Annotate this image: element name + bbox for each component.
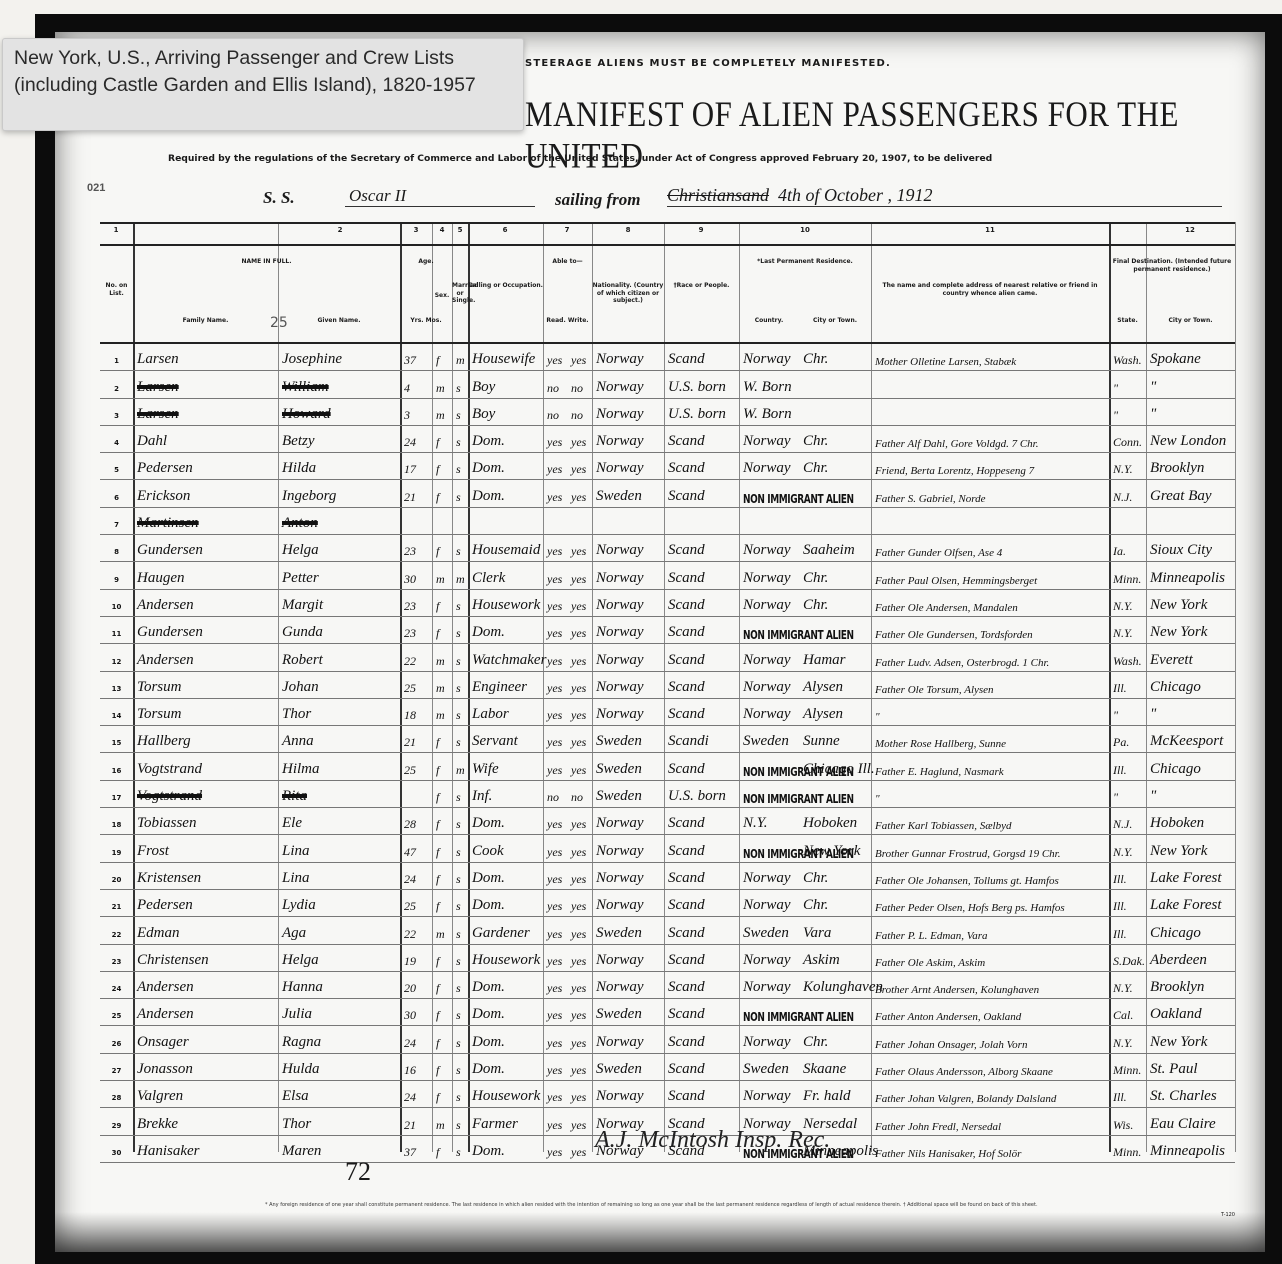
cell-text: Scand [668, 624, 705, 641]
cell-text: " [1150, 788, 1156, 805]
cell-city: Fr. hald [803, 1081, 871, 1108]
cell-ms [456, 508, 468, 535]
cell-state: Ill. [1113, 672, 1146, 699]
cell-nationality: Norway [596, 699, 664, 726]
cell-text: Norway [596, 379, 644, 396]
cell-given: Hanna [282, 972, 400, 999]
cell-text: yes [571, 1036, 586, 1051]
column-number: 11 [984, 226, 996, 234]
column-header-race: †Race or People. [664, 282, 739, 290]
cell-ms: s [456, 535, 468, 562]
cell-text: Ill. [1113, 927, 1127, 942]
cell-no: 14 [100, 699, 133, 726]
cell-text: Hallberg [137, 733, 191, 750]
manifest-table: 123456789101112No. on List.NAME IN FULL.… [100, 222, 1235, 1152]
cell-state: " [1113, 781, 1146, 808]
cell-family: Andersen [137, 590, 278, 617]
cell-family: Christensen [137, 945, 278, 972]
cell-read: yes [547, 808, 567, 835]
passenger-row: 5PedersenHilda17fsDom.yesyesNorwayScandN… [100, 453, 1235, 480]
cell-text: Robert [282, 652, 323, 669]
cell-state: Wis. [1113, 1108, 1146, 1135]
cell-text: Anton [282, 515, 318, 532]
cell-family: Gundersen [137, 617, 278, 644]
cell-write: yes [571, 699, 592, 726]
cell-relative: Father E. Haglund, Nasmark [875, 754, 1109, 781]
cell-city: Sunne [803, 726, 871, 753]
cell-text: yes [547, 353, 562, 368]
cell-text: New York [1150, 843, 1207, 860]
cell-text: f [436, 1008, 439, 1023]
cell-text: yes [571, 572, 586, 587]
cell-no: 25 [100, 999, 133, 1026]
cell-text: 37 [404, 1145, 416, 1160]
cell-calling: Boy [472, 399, 543, 426]
cell-family: Gundersen [137, 535, 278, 562]
cell-text: f [436, 872, 439, 887]
cell-text: W. Born [743, 379, 792, 396]
sailing-details: Christiansand 4th of October , 1912 [667, 185, 1222, 207]
cell-city: Chr. [803, 562, 871, 589]
cell-sex: f [436, 726, 452, 753]
cell-country: Norway [743, 1081, 799, 1108]
cell-text: Chr. [803, 433, 828, 450]
cell-nationality: Norway [596, 945, 664, 972]
cell-no: 4 [100, 426, 133, 453]
cell-text: Scand [668, 870, 705, 887]
passenger-row: 14TorsumThor18msLaboryesyesNorwayScandNo… [100, 699, 1235, 726]
cell-text: Chicago [1150, 679, 1201, 696]
cell-text: Farmer [472, 1116, 518, 1133]
cell-text: m [436, 381, 445, 396]
cell-ms: s [456, 371, 468, 398]
cell-text: 25 [404, 899, 416, 914]
cell-text: St. Charles [1150, 1088, 1217, 1105]
cell-city: Chicago Ill. [803, 754, 871, 781]
cell-sex: f [436, 426, 452, 453]
column-header-country: Country. [739, 317, 799, 325]
cell-text: Ill. [1113, 1090, 1127, 1105]
cell-calling: Housework [472, 590, 543, 617]
cell-text: Norway [596, 652, 644, 669]
cell-calling: Housewife [472, 344, 543, 371]
cell-ms: s [456, 1108, 468, 1135]
cell-country: Norway [743, 863, 799, 890]
cell-ms: s [456, 617, 468, 644]
cell-text: Scand [668, 1088, 705, 1105]
cell-country: Norway [743, 945, 799, 972]
cell-text: s [456, 654, 461, 669]
cell-city: Kolunghaven [803, 972, 871, 999]
cell-city: Hoboken [803, 808, 871, 835]
cell-text: Scand [668, 952, 705, 969]
cell-text: 19 [112, 849, 122, 857]
cell-text: f [436, 1063, 439, 1078]
cell-dest-city: Minneapolis [1150, 562, 1235, 589]
cell-no: 7 [100, 508, 133, 535]
cell-text: Dom. [472, 870, 505, 887]
cell-text: yes [571, 845, 586, 860]
cell-text: 16 [112, 767, 122, 775]
cell-text: Lydia [282, 897, 316, 914]
cell-relative: Father Karl Tobiassen, Sælbyd [875, 808, 1109, 835]
cell-text: Frost [137, 843, 169, 860]
cell-text: Scand [668, 1006, 705, 1023]
cell-text: Norway [596, 624, 644, 641]
cell-calling: Dom. [472, 890, 543, 917]
cell-no: 2 [100, 371, 133, 398]
cell-dest-city: New York [1150, 1027, 1235, 1054]
cell-text: yes [547, 872, 562, 887]
cell-state [1113, 508, 1146, 535]
cell-text: Vara [803, 925, 831, 942]
cell-sex: f [436, 617, 452, 644]
cell-read: yes [547, 562, 567, 589]
cell-state: Ill. [1113, 917, 1146, 944]
cell-write: yes [571, 562, 592, 589]
cell-sex: m [436, 371, 452, 398]
cell-text: 6 [114, 494, 119, 502]
cell-text: yes [571, 681, 586, 696]
cell-city: Chr. [803, 590, 871, 617]
cell-ms: s [456, 945, 468, 972]
cell-text: 22 [404, 927, 416, 942]
passenger-row: 12AndersenRobert22msWatchmakeryesyesNorw… [100, 644, 1235, 671]
cell-nationality: Norway [596, 399, 664, 426]
column-header-calling: Calling or Occupation. [468, 282, 543, 290]
cell-sex: f [436, 863, 452, 890]
cell-text: no [547, 790, 559, 805]
cell-age: 30 [404, 562, 432, 589]
cell-no: 8 [100, 535, 133, 562]
cell-text: f [436, 544, 439, 559]
cell-text: yes [547, 490, 562, 505]
cell-given: Elsa [282, 1081, 400, 1108]
sailing-label: sailing from [555, 190, 641, 210]
cell-text: Erickson [137, 488, 190, 505]
cell-text: Minn. [1113, 572, 1141, 587]
ship-label: S. S. [263, 188, 295, 208]
cell-text: Minneapolis [1150, 570, 1225, 587]
cell-state: Wash. [1113, 644, 1146, 671]
cell-age: 22 [404, 644, 432, 671]
cell-read: yes [547, 1054, 567, 1081]
cell-text: Servant [472, 733, 518, 750]
cell-family: Pedersen [137, 453, 278, 480]
cell-text: Scand [668, 652, 705, 669]
cell-state: N.Y. [1113, 453, 1146, 480]
cell-text: Sweden [743, 733, 789, 750]
cell-text: yes [571, 1063, 586, 1078]
cell-text: Gunda [282, 624, 323, 641]
cell-text: 26 [112, 1040, 122, 1048]
cell-text: Dahl [137, 433, 167, 450]
cell-read: yes [547, 1027, 567, 1054]
cell-text: yes [547, 544, 562, 559]
cell-race: Scand [668, 535, 739, 562]
cell-city: Askim [803, 945, 871, 972]
cell-dest-city: Great Bay [1150, 481, 1235, 508]
cell-given: Lydia [282, 890, 400, 917]
cell-sex: m [436, 699, 452, 726]
cell-text: f [436, 462, 439, 477]
cell-text: yes [571, 708, 586, 723]
cell-nationality: Sweden [596, 481, 664, 508]
cell-text: yes [547, 1090, 562, 1105]
cell-text: Norway [743, 597, 791, 614]
cell-text: 5 [114, 466, 119, 474]
column-header-final-destination: Final Destination. (Intended future perm… [1109, 258, 1235, 273]
cell-text: Jonasson [137, 1061, 193, 1078]
cell-text: Helga [282, 952, 319, 969]
cell-state: N.Y. [1113, 835, 1146, 862]
cell-text: S.Dak. [1113, 954, 1145, 969]
cell-text: 25 [404, 681, 416, 696]
cell-city: Alysen [803, 699, 871, 726]
cell-text: Ingeborg [282, 488, 336, 505]
cell-text: New York [1150, 1034, 1207, 1051]
cell-text: Housework [472, 597, 540, 614]
cell-text: 17 [112, 794, 122, 802]
cell-write: yes [571, 617, 592, 644]
cell-text: Betzy [282, 433, 314, 450]
cell-text: Scand [668, 979, 705, 996]
cell-state: S.Dak. [1113, 945, 1146, 972]
cell-text: Norway [596, 1088, 644, 1105]
passenger-row: 24AndersenHanna20fsDom.yesyesNorwayScand… [100, 972, 1235, 999]
cell-country: Norway [743, 699, 799, 726]
cell-read: yes [547, 453, 567, 480]
passenger-row: 28ValgrenElsa24fsHouseworkyesyesNorwaySc… [100, 1081, 1235, 1108]
column-number: 6 [499, 226, 511, 234]
cell-text: Norway [743, 652, 791, 669]
cell-text: yes [547, 1036, 562, 1051]
cell-text: yes [571, 735, 586, 750]
passenger-row: 18TobiassenEle28fsDom.yesyesNorwayScandN… [100, 808, 1235, 835]
cell-text: Scand [668, 679, 705, 696]
cell-text: yes [571, 899, 586, 914]
cell-nationality: Norway [596, 426, 664, 453]
cell-text: Scand [668, 925, 705, 942]
cell-write: yes [571, 1027, 592, 1054]
cell-race: Scand [668, 453, 739, 480]
cell-family: Larsen [137, 371, 278, 398]
cell-given: Anton [282, 508, 400, 535]
cell-text: Chr. [803, 351, 828, 368]
cell-text: Pedersen [137, 897, 193, 914]
cell-ms: s [456, 835, 468, 862]
cell-dest-city: " [1150, 781, 1235, 808]
column-header-age: Age. [400, 258, 452, 266]
manifest-page: 021 STEERAGE ALIENS MUST BE COMPLETELY M… [55, 32, 1265, 1252]
cell-family: Martinsen [137, 508, 278, 535]
cell-text: Scand [668, 1034, 705, 1051]
cell-state: " [1113, 399, 1146, 426]
passenger-row: 21PedersenLydia25fsDom.yesyesNorwayScand… [100, 890, 1235, 917]
cell-text: Larsen [137, 351, 179, 368]
cell-text: Norway [596, 597, 644, 614]
cell-write: yes [571, 453, 592, 480]
cell-family: Brekke [137, 1108, 278, 1135]
cell-text: yes [547, 845, 562, 860]
cell-text: Kolunghaven [803, 979, 883, 996]
cell-text: f [436, 845, 439, 860]
cell-calling: Dom. [472, 1027, 543, 1054]
column-header-able-to: Able to— [543, 258, 592, 266]
column-number: 4 [436, 226, 448, 234]
cell-state: Ia. [1113, 535, 1146, 562]
cell-write: yes [571, 672, 592, 699]
cell-text: Scand [668, 843, 705, 860]
cell-read: yes [547, 590, 567, 617]
cell-text: no [547, 408, 559, 423]
cell-relative: Friend, Berta Lorentz, Hoppeseng 7 [875, 453, 1109, 480]
column-header-name-in-full: NAME IN FULL. [133, 258, 400, 266]
cell-dest-city: Spokane [1150, 344, 1235, 371]
cell-text: Norway [596, 1034, 644, 1051]
passenger-row: 15HallbergAnna21fsServantyesyesSwedenSca… [100, 726, 1235, 753]
cell-read: yes [547, 890, 567, 917]
cell-family: Kristensen [137, 863, 278, 890]
cell-text: Cook [472, 843, 504, 860]
cell-text: yes [571, 462, 586, 477]
column-header-dest-city: City or Town. [1146, 317, 1235, 325]
cell-calling: Dom. [472, 426, 543, 453]
cell-dest-city: Brooklyn [1150, 972, 1235, 999]
cell-write: yes [571, 1081, 592, 1108]
cell-ms: s [456, 781, 468, 808]
manifest-scan-frame: 021 STEERAGE ALIENS MUST BE COMPLETELY M… [35, 14, 1282, 1264]
cell-relative: Brother Arnt Andersen, Kolunghaven [875, 972, 1109, 999]
cell-text: no [571, 790, 583, 805]
passenger-row: 25AndersenJulia30fsDom.yesyesSwedenScand… [100, 999, 1235, 1026]
cell-text: Sioux City [1150, 542, 1212, 559]
cell-text: Alysen [803, 706, 843, 723]
cell-sex: m [436, 917, 452, 944]
cell-given: Josephine [282, 344, 400, 371]
cell-text: Father Ole Gundersen, Tordsforden [875, 629, 1033, 641]
cell-sex: f [436, 835, 452, 862]
cell-text: Father Peder Olsen, Hofs Berg ps. Hamfos [875, 902, 1065, 914]
cell-text: Maren [282, 1143, 321, 1160]
cell-write: yes [571, 972, 592, 999]
cell-relative: Father John Fredl, Nersedal [875, 1108, 1109, 1135]
cell-text: f [436, 899, 439, 914]
cell-text: Father Alf Dahl, Gore Voldgd. 7 Chr. [875, 438, 1038, 450]
cell-text: s [456, 681, 461, 696]
cell-age: 19 [404, 945, 432, 972]
cell-text: Dom. [472, 1143, 505, 1160]
passenger-row: 8GundersenHelga23fsHousemaidyesyesNorway… [100, 535, 1235, 562]
cell-state: Wash. [1113, 344, 1146, 371]
cell-no: 3 [100, 399, 133, 426]
cell-text: 30 [404, 572, 416, 587]
cell-text: Aberdeen [1150, 952, 1207, 969]
cell-race: Scand [668, 917, 739, 944]
cell-text: s [456, 1145, 461, 1160]
cell-nationality: Norway [596, 535, 664, 562]
cell-text: " [1113, 408, 1118, 423]
cell-text: Margit [282, 597, 323, 614]
passenger-row: 10AndersenMargit23fsHouseworkyesyesNorwa… [100, 590, 1235, 617]
cell-text: William [282, 379, 329, 396]
cell-race: Scand [668, 945, 739, 972]
cell-text: Aga [282, 925, 306, 942]
cell-read: yes [547, 535, 567, 562]
cell-text: yes [547, 927, 562, 942]
cell-city: Skaane [803, 1054, 871, 1081]
cell-no: 24 [100, 972, 133, 999]
cell-text: Norway [596, 406, 644, 423]
cell-text: " [875, 793, 880, 805]
cell-text: McKeesport [1150, 733, 1223, 750]
cell-text: Ragna [282, 1034, 321, 1051]
cell-city: Chr. [803, 863, 871, 890]
cell-sex: f [436, 754, 452, 781]
cell-text: yes [547, 654, 562, 669]
cell-sex: f [436, 972, 452, 999]
cell-sex: f [436, 1081, 452, 1108]
cell-read: no [547, 399, 567, 426]
cell-relative: Father Nils Hanisaker, Hof Solör [875, 1136, 1109, 1163]
cell-nationality: Norway [596, 644, 664, 671]
cell-text: 10 [112, 603, 122, 611]
cell-city: Chr. [803, 453, 871, 480]
cell-age: 47 [404, 835, 432, 862]
cell-nationality: Sweden [596, 726, 664, 753]
cell-relative [875, 371, 1109, 398]
cell-text: yes [547, 763, 562, 778]
cell-text: 17 [404, 462, 416, 477]
cell-calling: Gardener [472, 917, 543, 944]
cell-relative: Father Ole Gundersen, Tordsforden [875, 617, 1109, 644]
cell-country: Norway [743, 672, 799, 699]
cell-nationality: Norway [596, 890, 664, 917]
cell-read: no [547, 781, 567, 808]
cell-calling: Housework [472, 945, 543, 972]
column-header-city: City or Town. [799, 317, 871, 325]
cell-relative: " [875, 781, 1109, 808]
cell-state: Ill. [1113, 754, 1146, 781]
cell-city: Chr. [803, 344, 871, 371]
cell-family: Vogtstrand [137, 781, 278, 808]
cell-race: Scand [668, 835, 739, 862]
cell-text: Ill. [1113, 681, 1127, 696]
cell-text: 21 [112, 903, 122, 911]
cell-text: 24 [112, 985, 122, 993]
cell-text: m [436, 1118, 445, 1133]
cell-calling: Dom. [472, 808, 543, 835]
cell-text: " [1113, 381, 1118, 396]
cell-nationality [596, 508, 664, 535]
cell-text: s [456, 954, 461, 969]
cell-text: 28 [404, 817, 416, 832]
cell-age: 37 [404, 1136, 432, 1163]
cell-calling: Dom. [472, 617, 543, 644]
cell-text: Minneapolis [1150, 1143, 1225, 1160]
cell-nationality: Norway [596, 1081, 664, 1108]
cell-no: 29 [100, 1108, 133, 1135]
cell-text: Norway [743, 952, 791, 969]
cell-text: Dom. [472, 897, 505, 914]
cell-family: Andersen [137, 999, 278, 1026]
cell-given: Johan [282, 672, 400, 699]
cell-text: Gardener [472, 925, 530, 942]
cell-text: Edman [137, 925, 180, 942]
cell-text: 13 [112, 685, 122, 693]
cell-text: 27 [112, 1067, 122, 1075]
cell-text: Ill. [1113, 763, 1127, 778]
